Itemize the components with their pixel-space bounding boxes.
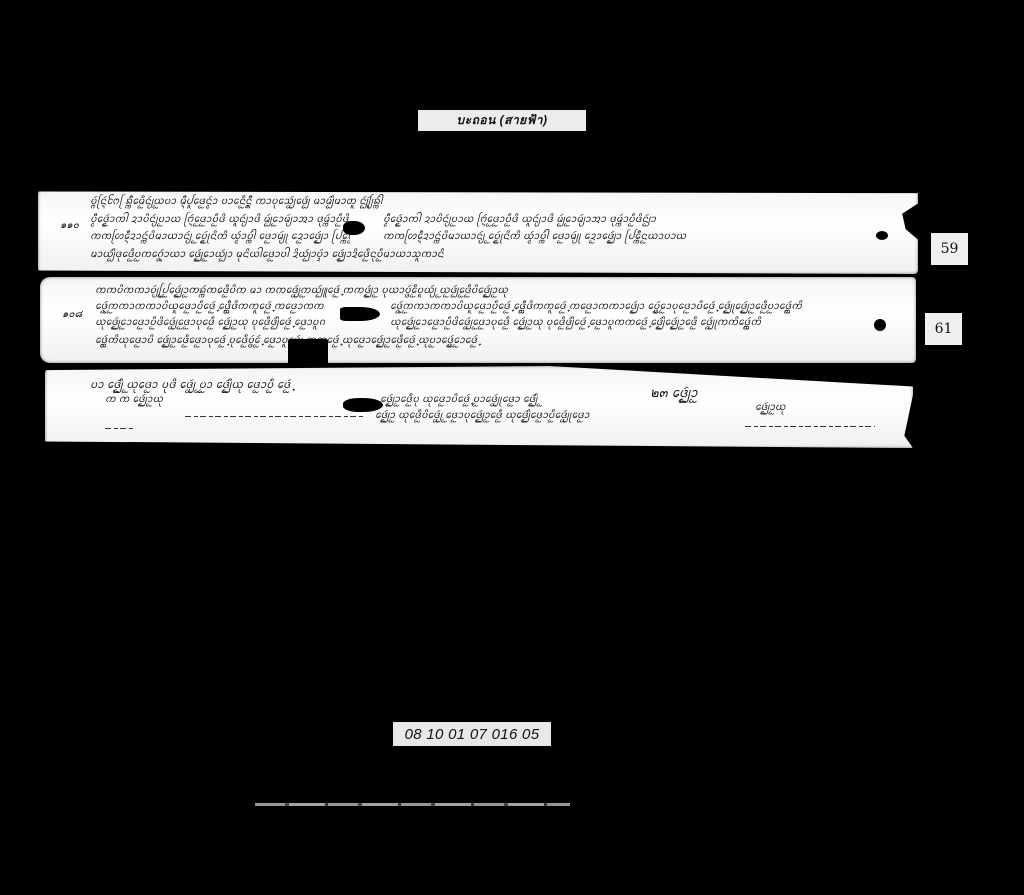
page-number-label-61: 61 [925,313,962,345]
binding-hole-damage [340,307,380,321]
script-line: ๒๓ ᨴᩮᩬᩢ᩠ᨷᩬᩣ [650,382,740,404]
ruling-line [185,416,365,417]
palm-leaf-2: ๑๐๘ ᨠᨠᨷᩦᨠᨠᩣᨷᩢ᩠ᨿᩬᨸᩕᩬᨴᩮᩬᩢ᩠ᨷᩬᩣᨠᨦᩢ᩠ᨠᨠᨴᩮᩬᩥᨷᩦᨠ… [40,277,916,363]
script-line: ᨴᩮᩬᩢ᩠ᨠᨠᩦᨿᩩᨴᩮᩬᩣᨷᩦ ᨴᩮᩬᩢ᩠ᨷᩬᩣᨴᩮᩬᩥᨴᩮᩬᩣᨷᩩᨴᩮᩬᩢ᩠… [95,333,885,349]
catalog-number-label: 08 10 01 07 016 05 [393,722,551,746]
manuscript-title-label: บะถอน (สายฟ้า) [418,110,586,131]
leaf-edge-damage [288,339,328,367]
palm-leaf-3: ᨷᩣ ᨴᩮᩬᩢ᩠ᨷᩬᩥ ᨿᩩᨴᩮᩬᩣ ᨷᩩᨴᩦ ᨴᩮᩬᩢ᩠ᨿᩬ ᨷᩬᩣ ᨴᩮᩬᩢ… [45,366,913,448]
script-line: ᨷᩢ᩠ᨾᩦᨴᩮᩬᩢ᩠ᨾᩣᨠᩤ ᨯᩣᨷᩦᨶᩢ᩠ᨿᩬᨷᩣᨿ ᨻᩕᩢ᩠ᨶᩬᨴᩮᩬᩣᨷᩬ… [90,212,350,228]
scale-bar [255,803,570,806]
script-line: ᨠᨠᨷᩦᨠᨠᩣᨷᩢ᩠ᨿᩬᨸᩕᩬᨴᩮᩬᩢ᩠ᨷᩬᩣᨠᨦᩢ᩠ᨠᨠᨴᩮᩬᩥᨷᩦᨠ ᨾᩣ … [95,283,895,299]
script-line: ᨴᩮᩬᩢ᩠ᨶᩬᨠᨠᩣᨠᨠᩣᨷᩦᨿᩪᨴᩮᩬᩣᨷᩬᩥᨴᩮᩬᩢ᩠ ᨴᩮᩬᩢ᩠ᨠᩦᨴᩦᨠ… [95,299,325,315]
script-line: ᨴᩮᩬᩢ᩠ᨷᩬᩣ ᨿᩩᨴᩮᩬᩥᨷᩦᨴᩮᩬᩢ᩠ᨿᩬ ᨴᩮᩬᩣᨷᩩᨴᩮᩬᩢ᩠ᨷᩬᩣᨴ… [375,408,665,424]
script-line: ᨾᩣᨿᩢ᩠ᨷᩦᨴᩩᨴᩮᩬᩥᨷᩬᨠᨣᩮᩬᩢ᩠ᨶᩣᨿᩣ ᨴᩮᩬᩢ᩠ᨷᩮᩬᩣᨿᩢ᩠ᨷᩣ… [90,247,910,263]
binding-hole [874,319,886,331]
script-line: ᨠᨠᩉᩕᩮᩢ᩠ᨶᩦᨯᩣᨶᩢ᩠ᨠᨷᩦᨾᩣᨿᩣᨶᩢ᩠ᨿᩬ ᨷᩮᩬᩢ᩠ᨾᩩᨶᩦᨠᩦ ᨿ… [383,229,883,245]
ruling-line [745,426,875,427]
script-line: ᨷᩢ᩠ᨾᩦᨴᩮᩬᩢ᩠ᨾᩣᨠᩤ ᨯᩣᨷᩦᨶᩢ᩠ᨿᩬᨷᩣᨿ ᨻᩕᩢ᩠ᨶᩬᨴᩮᩬᩣᨷᩬ… [383,212,883,228]
binding-hole-damage [343,221,365,235]
binding-hole [876,231,888,240]
ruling-line [105,428,135,429]
script-line: ᨠᨠᩉᩕᩮᩢ᩠ᨶᩦᨯᩣᨶᩢ᩠ᨠᨷᩦᨾᩣᨿᩣᨶᩢ᩠ᨿᩬ ᨷᩮᩬᩢ᩠ᨾᩩᨶᩦᨠᩦ ᨿ… [90,229,350,245]
script-line: ᨠ ᨠ ᨴᩮᩬᩢ᩠ᨷᩬᩣᨿᩩ [105,392,225,408]
script-line: ᨴᩮᩬᩢ᩠ᨷᩬᩣᨴᩮᩬᩥᨷᩩ ᨿᩩᨴᩮᩬᩣᨷᩦᨴᩮᩬᩢ᩠ ᨷᩬᩣᨴᩮᩬᩢ᩠ᨿᩩᨴ… [380,392,630,408]
script-line: ᨷᩢ᩠ᨻᩕᨶᩢ᩠ᨶᨻᩰᩕ ᨦᩢ᩠ᨠᩦᨾᩮᩬᩥᨶᩢ᩠ᨿᩬᨿᨷᩣ ᨾᩢ᩠ᨶᩦᨸᩪᨴᩮ… [90,194,910,210]
binding-hole-damage [343,398,383,412]
script-line: ᨴᩮᩬᩢ᩠ᨶᩬᨠᨠᩣᨠᨠᩣᨷᩦᨿᩪᨴᩮᩬᩣᨷᩬᩥᨴᩮᩬᩢ᩠ ᨴᩮᩬᩢ᩠ᨠᩦᨴᩦᨠ… [390,299,880,315]
script-line: ᨿᩩᨴᩮᩬᩢ᩠ᨷᩮᩬᩣᨴᩮᩬᩣᨷᩬᩥᨴᩦᨴᩮᩬᩢ᩠ᨿᩬᨴᩮᩬᩣᨷᩩᨴᩮᩬᩥ ᨴᩮ… [390,315,880,331]
leaf-margin-number: ๑๑๐ [60,218,79,233]
palm-leaf-1: ๑๑๐ ᨷᩢ᩠ᨻᩕᨶᩢ᩠ᨶᨻᩰᩕ ᨦᩢ᩠ᨠᩦᨾᩮᩬᩥᨶᩢ᩠ᨿᩬᨿᨷᩣ ᨾᩢ᩠ᨶᩦ… [38,188,918,274]
script-line: ᨿᩩᨴᩮᩬᩢ᩠ᨷᩮᩬᩣᨴᩮᩬᩣᨷᩬᩥᨴᩦᨴᩮᩬᩢ᩠ᨿᩬᨴᩮᩬᩣᨷᩩᨴᩮᩬᩥ ᨴᩮ… [95,315,325,331]
leaf-margin-number: ๑๐๘ [62,307,82,322]
page-number-label-59: 59 [931,233,968,265]
script-line: ᨴᩮᩬᩢ᩠ᨷᩬᩣᨿᩩ [755,400,805,416]
